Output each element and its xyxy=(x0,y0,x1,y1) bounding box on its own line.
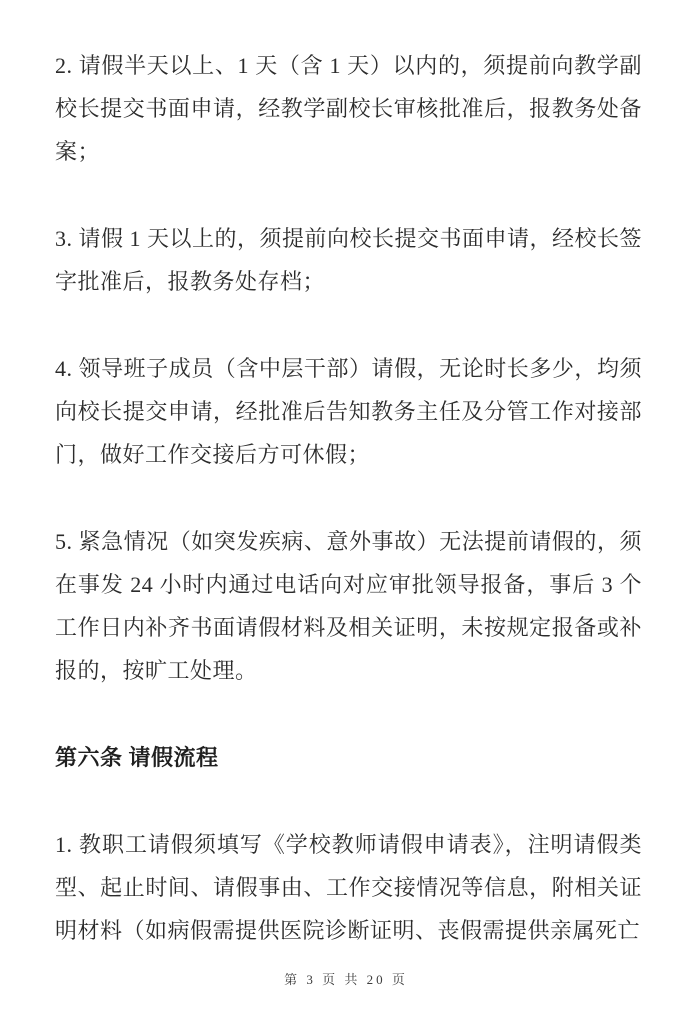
document-page: 2. 请假半天以上、1 天（含 1 天）以内的，须提前向教学副校长提交书面申请，… xyxy=(0,0,692,1024)
paragraph-item-3: 3. 请假 1 天以上的，须提前向校长提交书面申请，经校长签字批准后，报教务处存… xyxy=(55,217,642,303)
paragraph-item-4: 4. 领导班子成员（含中层干部）请假，无论时长多少，均须向校长提交申请，经批准后… xyxy=(55,347,642,476)
page-number-label: 第 3 页 共 20 页 xyxy=(284,972,408,987)
paragraph-item-2: 2. 请假半天以上、1 天（含 1 天）以内的，须提前向教学副校长提交书面申请，… xyxy=(55,44,642,173)
section-heading-article-6: 第六条 请假流程 xyxy=(55,736,642,779)
paragraph-item-5: 5. 紧急情况（如突发疾病、意外事故）无法提前请假的，须在事发 24 小时内通过… xyxy=(55,520,642,692)
document-content: 2. 请假半天以上、1 天（含 1 天）以内的，须提前向教学副校长提交书面申请，… xyxy=(0,0,692,952)
page-footer: 第 3 页 共 20 页 xyxy=(0,970,692,990)
paragraph-item-1: 1. 教职工请假须填写《学校教师请假申请表》，注明请假类型、起止时间、请假事由、… xyxy=(55,823,642,952)
